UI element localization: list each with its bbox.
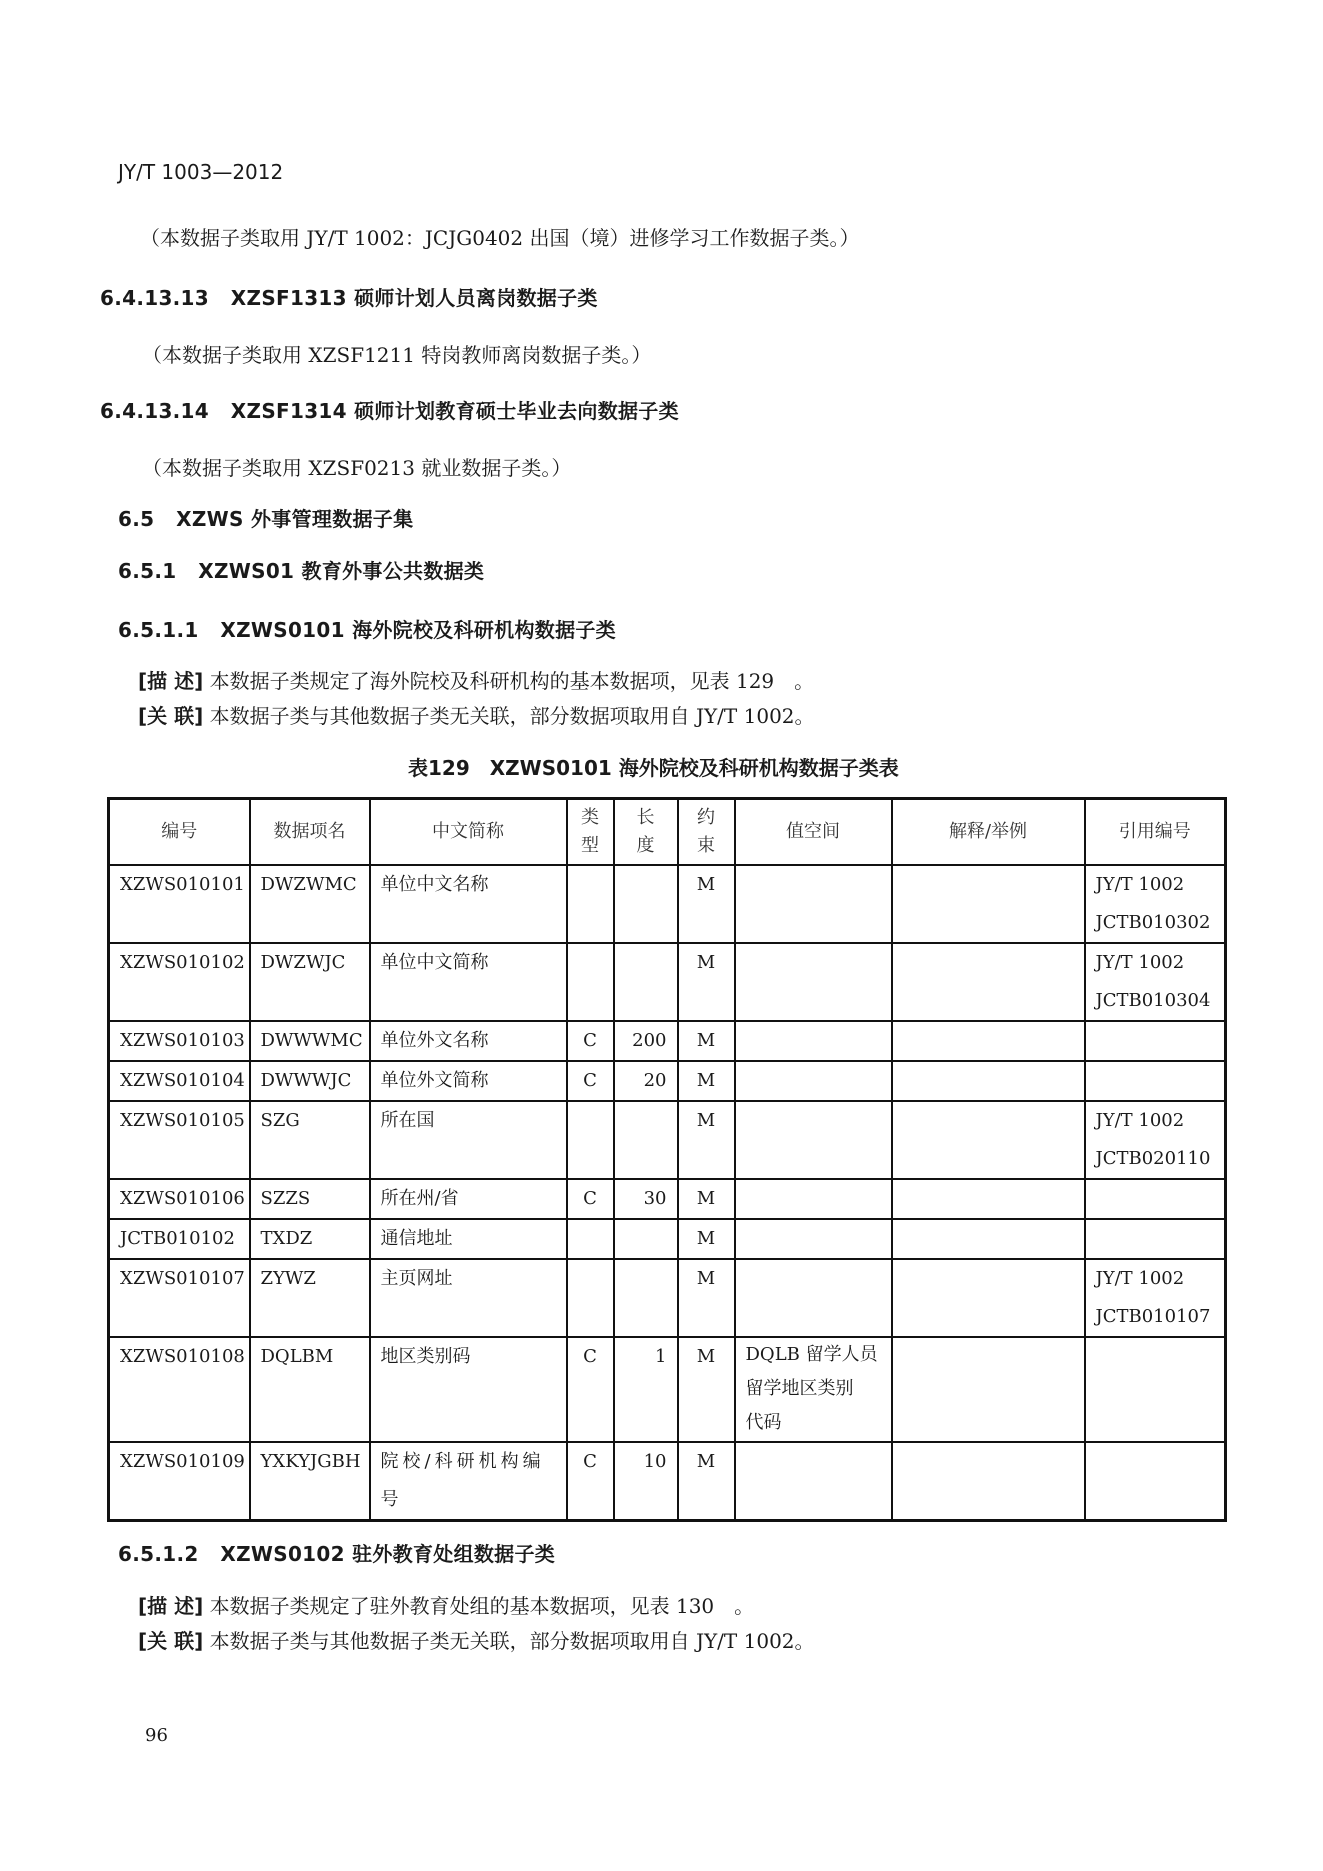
cell-length: 20 bbox=[614, 1061, 678, 1101]
table-row: XZWS010109 YXKYJGBH 院校/科研机构编号 C 10 M bbox=[109, 1442, 1226, 1521]
section-number: 6.5.1.1 bbox=[118, 618, 199, 642]
cell-type: C bbox=[567, 1179, 614, 1219]
cell-item: TXDZ bbox=[250, 1219, 370, 1259]
header-constraint: 约束 bbox=[678, 799, 735, 866]
cell-type: C bbox=[567, 1442, 614, 1521]
header-code: 编号 bbox=[109, 799, 250, 866]
cell-reference: JY/T 1002JCTB010302 bbox=[1085, 865, 1226, 943]
cell-explanation bbox=[892, 1061, 1085, 1101]
cell-item: DWWWJC bbox=[250, 1061, 370, 1101]
cell-code: XZWS010105 bbox=[109, 1101, 250, 1179]
cell-constraint: M bbox=[678, 1179, 735, 1219]
cell-explanation bbox=[892, 1179, 1085, 1219]
cell-code: XZWS010104 bbox=[109, 1061, 250, 1101]
table-row: XZWS010105 SZG 所在国 M JY/T 1002JCTB020110 bbox=[109, 1101, 1226, 1179]
cell-item: YXKYJGBH bbox=[250, 1442, 370, 1521]
cell-cn: 院校/科研机构编号 bbox=[370, 1442, 567, 1521]
cell-type: C bbox=[567, 1021, 614, 1061]
cell-cn: 单位外文简称 bbox=[370, 1061, 567, 1101]
cell-reference: JY/T 1002JCTB010107 bbox=[1085, 1259, 1226, 1337]
section-heading-6-5-1-1: 6.5.1.1 XZWS0101 海外院校及科研机构数据子类 bbox=[118, 614, 616, 643]
table-row: XZWS010103 DWWWMC 单位外文名称 C 200 M bbox=[109, 1021, 1226, 1061]
cell-length bbox=[614, 1101, 678, 1179]
cell-explanation bbox=[892, 1101, 1085, 1179]
cell-value-space bbox=[735, 865, 892, 943]
cell-reference bbox=[1085, 1337, 1226, 1442]
section-number: 6.4.13.14 bbox=[100, 399, 209, 423]
cell-cn: 主页网址 bbox=[370, 1259, 567, 1337]
cell-item: DWZWJC bbox=[250, 943, 370, 1021]
cell-constraint: M bbox=[678, 1021, 735, 1061]
cell-length bbox=[614, 1259, 678, 1337]
cell-cn: 地区类别码 bbox=[370, 1337, 567, 1442]
header-reference: 引用编号 bbox=[1085, 799, 1226, 866]
cell-constraint: M bbox=[678, 865, 735, 943]
description-label: [描 述] bbox=[138, 1594, 203, 1618]
table-row: XZWS010108 DQLBM 地区类别码 C 1 M DQLB 留学人员留学… bbox=[109, 1337, 1226, 1442]
relation-text: 本数据子类与其他数据子类无关联，部分数据项取用自 JY/T 1002。 bbox=[210, 704, 815, 728]
section-heading-6-4-13-13: 6.4.13.13 XZSF1313 硕师计划人员离岗数据子类 bbox=[100, 282, 598, 311]
section-title: XZWS0101 海外院校及科研机构数据子类 bbox=[220, 618, 616, 642]
table-row: XZWS010106 SZZS 所在州/省 C 30 M bbox=[109, 1179, 1226, 1219]
section-title: XZWS0102 驻外教育处组数据子类 bbox=[220, 1542, 555, 1566]
cell-length: 1 bbox=[614, 1337, 678, 1442]
cell-cn: 单位外文名称 bbox=[370, 1021, 567, 1061]
cell-reference bbox=[1085, 1179, 1226, 1219]
cell-cn: 通信地址 bbox=[370, 1219, 567, 1259]
cell-code: XZWS010107 bbox=[109, 1259, 250, 1337]
cell-item: SZZS bbox=[250, 1179, 370, 1219]
cell-reference: JY/T 1002JCTB020110 bbox=[1085, 1101, 1226, 1179]
cell-length: 30 bbox=[614, 1179, 678, 1219]
cell-cn: 单位中文简称 bbox=[370, 943, 567, 1021]
cell-item: DQLBM bbox=[250, 1337, 370, 1442]
cell-value-space bbox=[735, 1259, 892, 1337]
cell-constraint: M bbox=[678, 1337, 735, 1442]
cell-value-space bbox=[735, 1101, 892, 1179]
header-type: 类型 bbox=[567, 799, 614, 866]
relation-text: 本数据子类与其他数据子类无关联，部分数据项取用自 JY/T 1002。 bbox=[210, 1629, 815, 1653]
cell-constraint: M bbox=[678, 943, 735, 1021]
section-title: XZWS 外事管理数据子集 bbox=[176, 507, 413, 531]
description-line: [描 述] 本数据子类规定了海外院校及科研机构的基本数据项，见表 129 。 bbox=[138, 665, 814, 694]
cell-reference bbox=[1085, 1021, 1226, 1061]
cell-type bbox=[567, 1219, 614, 1259]
description-text: 本数据子类规定了驻外教育处组的基本数据项，见表 130 。 bbox=[210, 1594, 755, 1618]
cell-type bbox=[567, 1259, 614, 1337]
cell-value-space bbox=[735, 943, 892, 1021]
note-text: （本数据子类取用 XZSF1211 特岗教师离岗数据子类。） bbox=[142, 339, 651, 368]
cell-length: 200 bbox=[614, 1021, 678, 1061]
cell-item: DWZWMC bbox=[250, 865, 370, 943]
document-header-code: JY/T 1003—2012 bbox=[118, 160, 283, 184]
table-row: XZWS010101 DWZWMC 单位中文名称 M JY/T 1002JCTB… bbox=[109, 865, 1226, 943]
cell-type: C bbox=[567, 1337, 614, 1442]
cell-constraint: M bbox=[678, 1061, 735, 1101]
table-row: XZWS010107 ZYWZ 主页网址 M JY/T 1002JCTB0101… bbox=[109, 1259, 1226, 1337]
header-length: 长度 bbox=[614, 799, 678, 866]
cell-explanation bbox=[892, 1219, 1085, 1259]
header-explanation: 解释/举例 bbox=[892, 799, 1085, 866]
cell-length bbox=[614, 865, 678, 943]
relation-label: [关 联] bbox=[138, 704, 203, 728]
cell-item: ZYWZ bbox=[250, 1259, 370, 1337]
cell-cn: 单位中文名称 bbox=[370, 865, 567, 943]
cell-type bbox=[567, 865, 614, 943]
cell-constraint: M bbox=[678, 1442, 735, 1521]
cell-value-space bbox=[735, 1442, 892, 1521]
cell-type: C bbox=[567, 1061, 614, 1101]
section-title: XZSF1314 硕师计划教育硕士毕业去向数据子类 bbox=[231, 399, 679, 423]
table-row: XZWS010102 DWZWJC 单位中文简称 M JY/T 1002JCTB… bbox=[109, 943, 1226, 1021]
note-text: （本数据子类取用 XZSF0213 就业数据子类。） bbox=[142, 452, 571, 481]
note-text: （本数据子类取用 JY/T 1002：JCJG0402 出国（境）进修学习工作数… bbox=[140, 222, 859, 251]
section-number: 6.5 bbox=[118, 507, 154, 531]
cell-code: XZWS010106 bbox=[109, 1179, 250, 1219]
table-row: XZWS010104 DWWWJC 单位外文简称 C 20 M bbox=[109, 1061, 1226, 1101]
page-number: 96 bbox=[145, 1725, 168, 1746]
cell-reference bbox=[1085, 1219, 1226, 1259]
cell-code: JCTB010102 bbox=[109, 1219, 250, 1259]
cell-code: XZWS010102 bbox=[109, 943, 250, 1021]
cell-constraint: M bbox=[678, 1259, 735, 1337]
cell-value-space bbox=[735, 1061, 892, 1101]
section-heading-6-4-13-14: 6.4.13.14 XZSF1314 硕师计划教育硕士毕业去向数据子类 bbox=[100, 395, 679, 424]
section-title: XZSF1313 硕师计划人员离岗数据子类 bbox=[231, 286, 598, 310]
description-line: [描 述] 本数据子类规定了驻外教育处组的基本数据项，见表 130 。 bbox=[138, 1590, 754, 1619]
cell-code: XZWS010109 bbox=[109, 1442, 250, 1521]
cell-reference bbox=[1085, 1061, 1226, 1101]
cell-code: XZWS010101 bbox=[109, 865, 250, 943]
cell-type bbox=[567, 943, 614, 1021]
cell-value-space bbox=[735, 1179, 892, 1219]
description-label: [描 述] bbox=[138, 669, 203, 693]
cell-explanation bbox=[892, 1021, 1085, 1061]
header-item-name: 数据项名 bbox=[250, 799, 370, 866]
data-table: 编号 数据项名 中文简称 类型 长度 约束 值空间 解释/举例 引用编号 XZW… bbox=[107, 797, 1227, 1522]
cell-value-space: DQLB 留学人员留学地区类别代码 bbox=[735, 1337, 892, 1442]
cell-explanation bbox=[892, 1259, 1085, 1337]
cell-value-space bbox=[735, 1021, 892, 1061]
cell-item: DWWWMC bbox=[250, 1021, 370, 1061]
cell-length: 10 bbox=[614, 1442, 678, 1521]
relation-line: [关 联] 本数据子类与其他数据子类无关联，部分数据项取用自 JY/T 1002… bbox=[138, 700, 815, 729]
section-title: XZWS01 教育外事公共数据类 bbox=[198, 559, 484, 583]
header-cn-name: 中文简称 bbox=[370, 799, 567, 866]
header-value-space: 值空间 bbox=[735, 799, 892, 866]
section-heading-6-5-1: 6.5.1 XZWS01 教育外事公共数据类 bbox=[118, 555, 484, 584]
cell-explanation bbox=[892, 1442, 1085, 1521]
cell-length bbox=[614, 1219, 678, 1259]
table-header-row: 编号 数据项名 中文简称 类型 长度 约束 值空间 解释/举例 引用编号 bbox=[109, 799, 1226, 866]
cell-cn: 所在国 bbox=[370, 1101, 567, 1179]
table-row: JCTB010102 TXDZ 通信地址 M bbox=[109, 1219, 1226, 1259]
description-text: 本数据子类规定了海外院校及科研机构的基本数据项，见表 129 。 bbox=[210, 669, 815, 693]
section-heading-6-5-1-2: 6.5.1.2 XZWS0102 驻外教育处组数据子类 bbox=[118, 1538, 555, 1567]
cell-length bbox=[614, 943, 678, 1021]
cell-explanation bbox=[892, 1337, 1085, 1442]
cell-item: SZG bbox=[250, 1101, 370, 1179]
section-number: 6.4.13.13 bbox=[100, 286, 209, 310]
cell-constraint: M bbox=[678, 1219, 735, 1259]
cell-explanation bbox=[892, 865, 1085, 943]
cell-reference: JY/T 1002JCTB010304 bbox=[1085, 943, 1226, 1021]
cell-type bbox=[567, 1101, 614, 1179]
cell-code: XZWS010103 bbox=[109, 1021, 250, 1061]
cell-code: XZWS010108 bbox=[109, 1337, 250, 1442]
cell-value-space bbox=[735, 1219, 892, 1259]
cell-reference bbox=[1085, 1442, 1226, 1521]
cell-cn: 所在州/省 bbox=[370, 1179, 567, 1219]
table-caption: 表129 XZWS0101 海外院校及科研机构数据子类表 bbox=[408, 752, 899, 781]
section-heading-6-5: 6.5 XZWS 外事管理数据子集 bbox=[118, 503, 413, 532]
section-number: 6.5.1.2 bbox=[118, 1542, 199, 1566]
relation-label: [关 联] bbox=[138, 1629, 203, 1653]
cell-explanation bbox=[892, 943, 1085, 1021]
section-number: 6.5.1 bbox=[118, 559, 176, 583]
relation-line: [关 联] 本数据子类与其他数据子类无关联，部分数据项取用自 JY/T 1002… bbox=[138, 1625, 815, 1654]
cell-constraint: M bbox=[678, 1101, 735, 1179]
